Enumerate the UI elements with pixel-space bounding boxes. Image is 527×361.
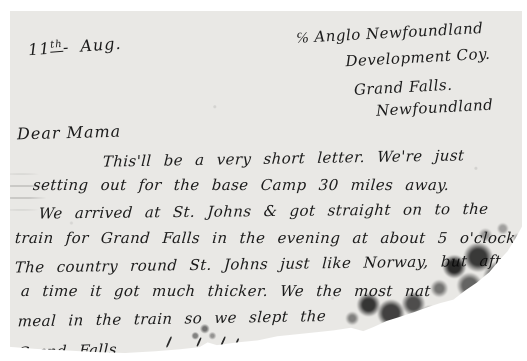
salutation: Dear Mama [17,122,122,144]
letter-paper: 11th- Aug. ℅ Anglo NewfoundlandDevelopme… [10,11,522,353]
letter-date: 11th- Aug. [27,34,122,59]
body-line: setting out for the base Camp 30 miles a… [32,172,521,199]
date-separator: - [62,37,70,56]
letter-photograph: 11th- Aug. ℅ Anglo NewfoundlandDevelopme… [0,0,527,361]
illegible-pen-strokes [160,334,270,352]
letter-body: This'll be a very short letter. We're ju… [15,145,520,357]
date-day: 11 [27,39,51,60]
date-month: Aug. [80,34,122,56]
body-line: We arrived at St. Johns & got straight o… [38,195,521,227]
body-line: train for Grand Falls in the evening at … [14,225,521,252]
body-line: This'll be a very short letter. We're ju… [102,141,521,175]
body-line: meal in the train so we slept the [17,300,521,335]
sender-address: ℅ Anglo NewfoundlandDevelopment Coy.Gran… [295,13,520,127]
date-ordinal: th [50,39,63,53]
body-line: The country round St. Johns just like No… [14,247,521,281]
